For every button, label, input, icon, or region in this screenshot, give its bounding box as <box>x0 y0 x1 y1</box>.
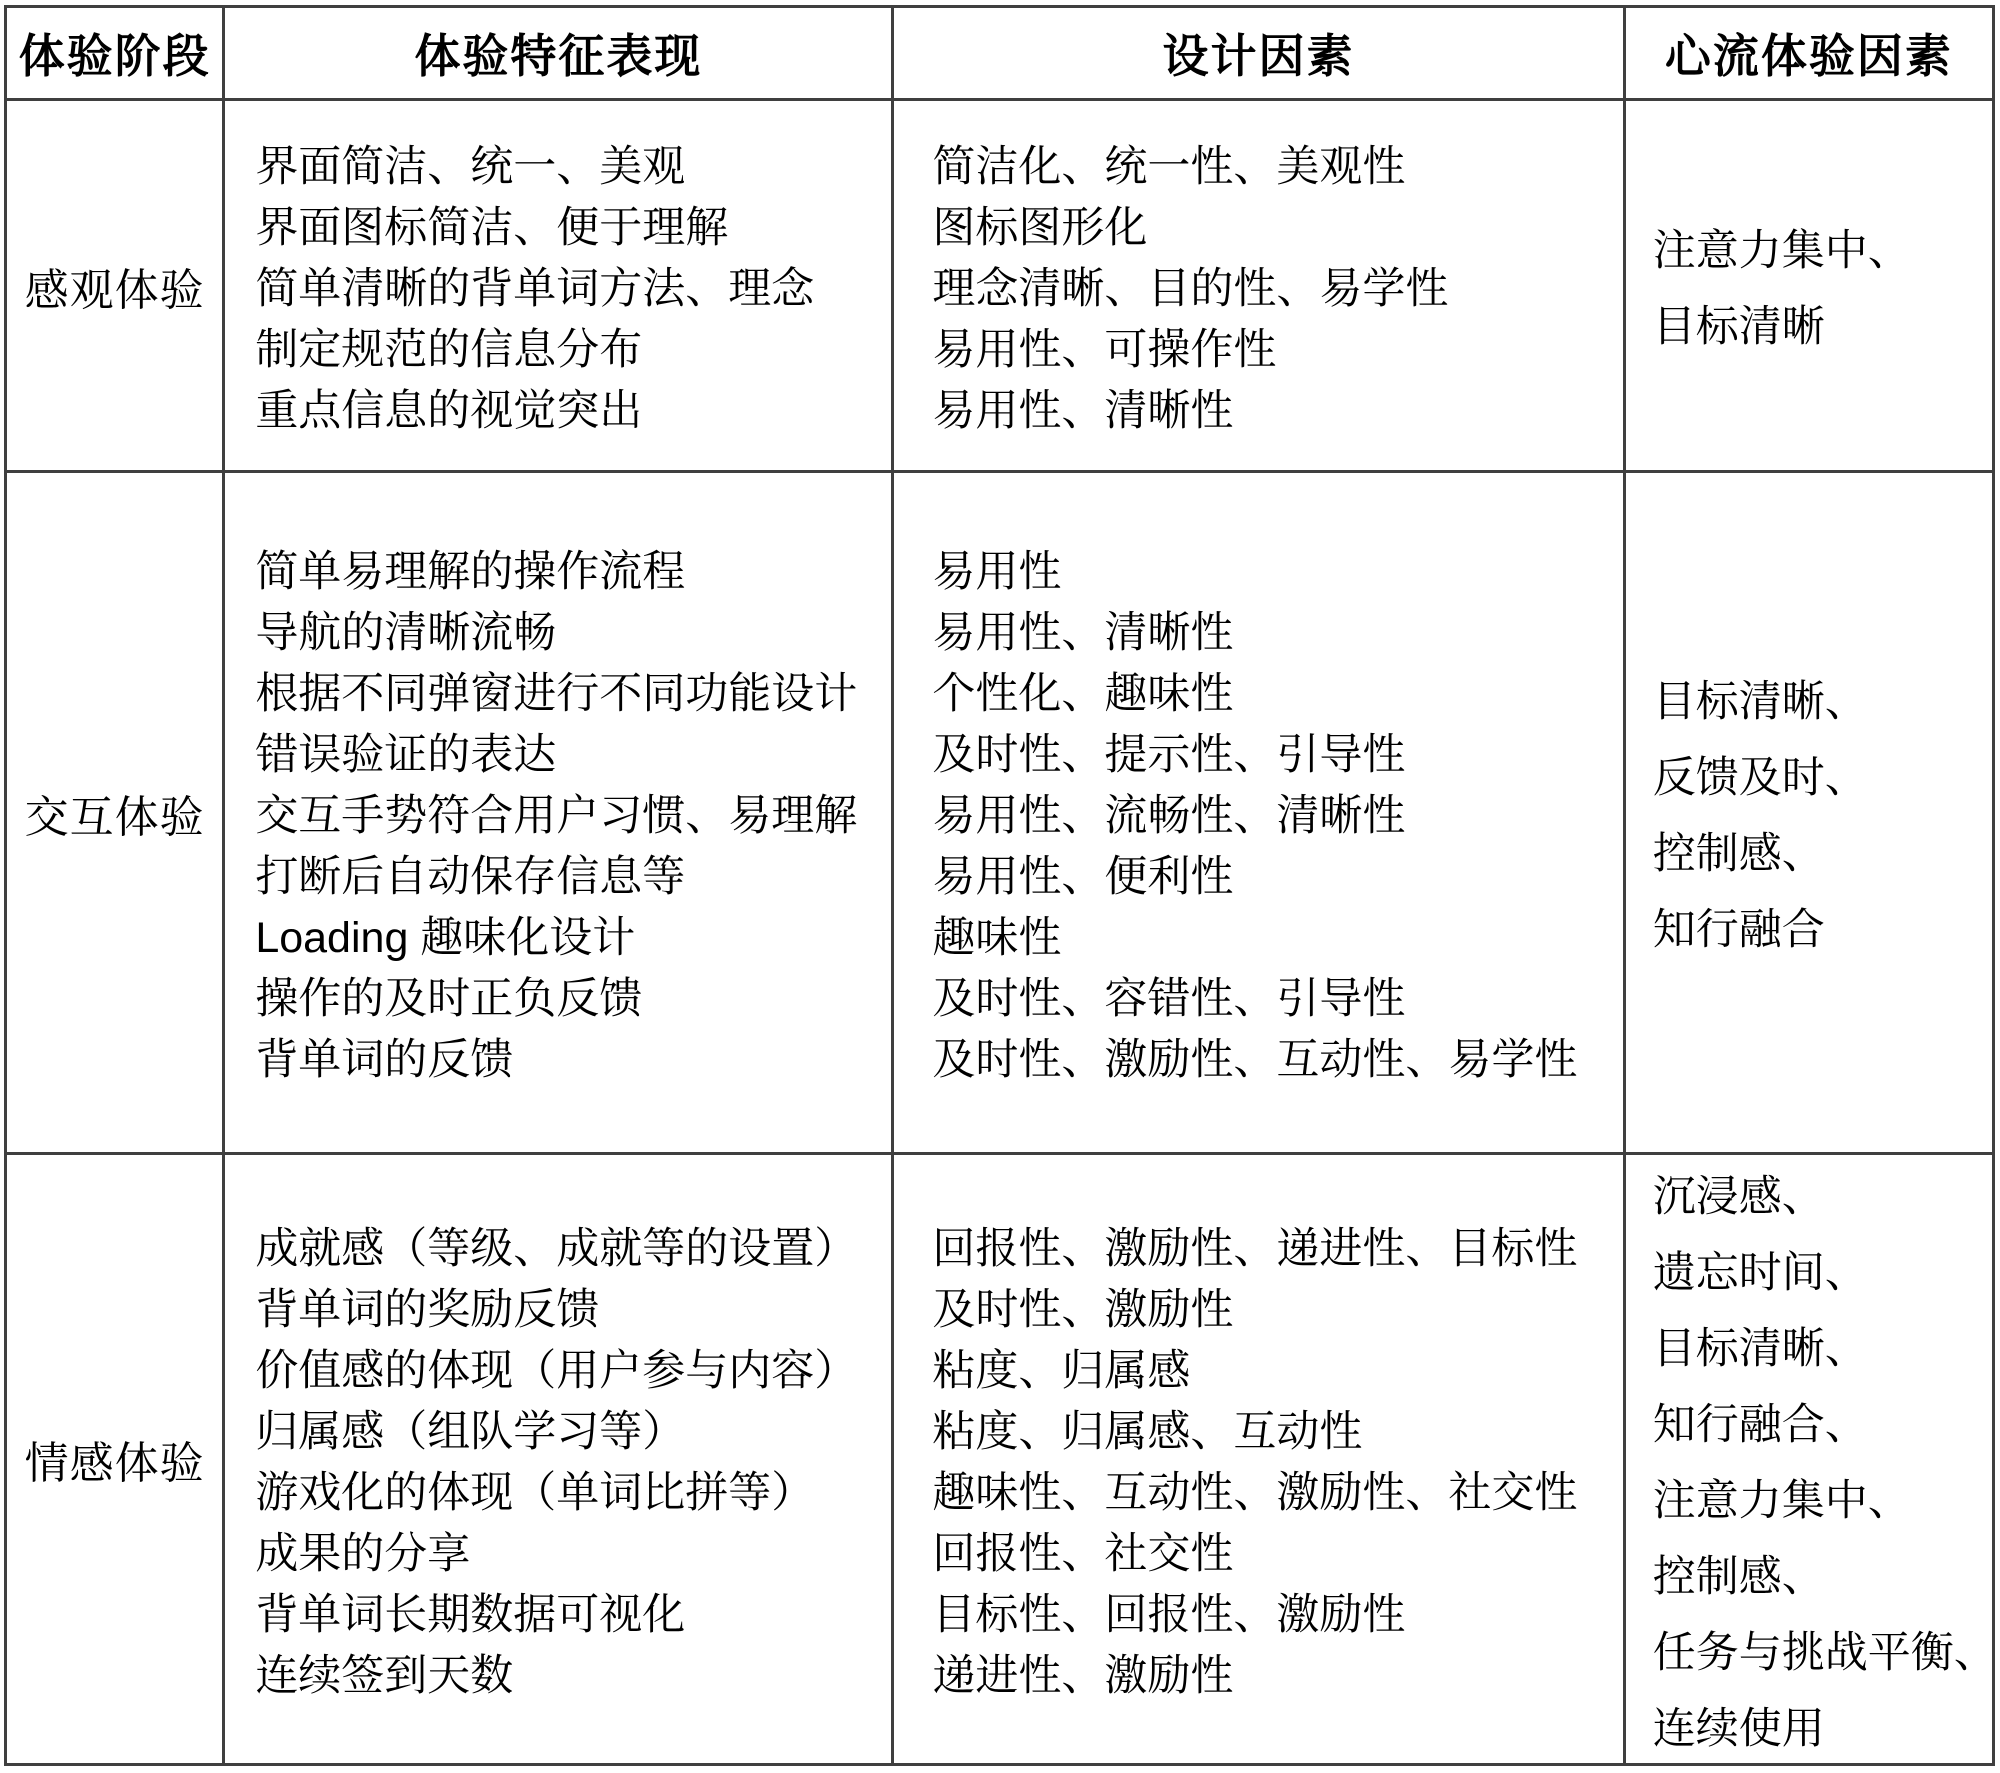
feature-line: 简单清晰的背单词方法、理念 <box>255 255 891 316</box>
flow-factor-line: 沉浸感、 <box>1653 1155 1992 1231</box>
design-factor-line: 易用性、便利性 <box>932 843 1622 904</box>
table-row: 交互体验简单易理解的操作流程导航的清晰流畅根据不同弹窗进行不同功能设计错误验证的… <box>6 472 1994 1154</box>
experience-table: 体验阶段 体验特征表现 设计因素 心流体验因素 感观体验界面简洁、统一、美观界面… <box>4 5 1995 1766</box>
flow-cell: 沉浸感、遗忘时间、目标清晰、知行融合、注意力集中、控制感、任务与挑战平衡、连续使… <box>1624 1154 1993 1765</box>
feature-line: 重点信息的视觉突出 <box>255 377 891 438</box>
design-cell: 回报性、激励性、递进性、目标性及时性、激励性粘度、归属感粘度、归属感、互动性趣味… <box>893 1154 1624 1765</box>
design-factor-line: 简洁化、统一性、美观性 <box>932 133 1622 194</box>
feature-line: 错误验证的表达 <box>255 721 891 782</box>
feature-line: 成就感（等级、成就等的设置） <box>255 1215 891 1276</box>
flow-factor-line: 注意力集中、 <box>1653 1459 1992 1535</box>
feature-line: 操作的及时正负反馈 <box>255 965 891 1026</box>
feature-line: 价值感的体现（用户参与内容） <box>255 1337 891 1398</box>
design-factor-line: 及时性、提示性、引导性 <box>932 721 1622 782</box>
feature-line: 连续签到天数 <box>255 1642 891 1703</box>
design-factor-line: 趣味性、互动性、激励性、社交性 <box>932 1459 1622 1520</box>
table-body: 感观体验界面简洁、统一、美观界面图标简洁、便于理解简单清晰的背单词方法、理念制定… <box>6 100 1994 1765</box>
cell-lines: 沉浸感、遗忘时间、目标清晰、知行融合、注意力集中、控制感、任务与挑战平衡、连续使… <box>1626 1155 1992 1763</box>
flow-factor-line: 目标清晰 <box>1653 286 1992 362</box>
design-factor-line: 易用性 <box>932 538 1622 599</box>
feature-line: 归属感（组队学习等） <box>255 1398 891 1459</box>
feature-line: 界面图标简洁、便于理解 <box>255 194 891 255</box>
design-factor-line: 回报性、社交性 <box>932 1520 1622 1581</box>
feature-line: 游戏化的体现（单词比拼等） <box>255 1459 891 1520</box>
feature-line: 简单易理解的操作流程 <box>255 538 891 599</box>
header-design-factors: 设计因素 <box>893 7 1624 100</box>
features-cell: 成就感（等级、成就等的设置）背单词的奖励反馈价值感的体现（用户参与内容）归属感（… <box>224 1154 893 1765</box>
cell-lines: 成就感（等级、成就等的设置）背单词的奖励反馈价值感的体现（用户参与内容）归属感（… <box>225 1215 891 1703</box>
stage-cell: 感观体验 <box>6 100 224 472</box>
design-factor-line: 易用性、清晰性 <box>932 377 1622 438</box>
design-factor-line: 个性化、趣味性 <box>932 660 1622 721</box>
flow-factor-line: 连续使用 <box>1653 1687 1992 1763</box>
feature-line: 打断后自动保存信息等 <box>255 843 891 904</box>
design-factor-line: 及时性、激励性、互动性、易学性 <box>932 1026 1622 1087</box>
header-row: 体验阶段 体验特征表现 设计因素 心流体验因素 <box>6 7 1994 100</box>
feature-line: Loading 趣味化设计 <box>255 904 891 965</box>
feature-line: 背单词长期数据可视化 <box>255 1581 891 1642</box>
flow-factor-line: 知行融合 <box>1653 889 1992 965</box>
header-flow-factors: 心流体验因素 <box>1624 7 1993 100</box>
cell-lines: 简单易理解的操作流程导航的清晰流畅根据不同弹窗进行不同功能设计错误验证的表达交互… <box>225 538 891 1087</box>
flow-factor-line: 控制感、 <box>1653 813 1992 889</box>
design-cell: 易用性易用性、清晰性个性化、趣味性及时性、提示性、引导性易用性、流畅性、清晰性易… <box>893 472 1624 1154</box>
cell-lines: 易用性易用性、清晰性个性化、趣味性及时性、提示性、引导性易用性、流畅性、清晰性易… <box>894 538 1622 1087</box>
design-factor-line: 图标图形化 <box>932 194 1622 255</box>
cell-lines: 回报性、激励性、递进性、目标性及时性、激励性粘度、归属感粘度、归属感、互动性趣味… <box>894 1215 1622 1703</box>
design-cell: 简洁化、统一性、美观性图标图形化理念清晰、目的性、易学性易用性、可操作性易用性、… <box>893 100 1624 472</box>
flow-factor-line: 注意力集中、 <box>1653 210 1992 286</box>
design-factor-line: 粘度、归属感 <box>932 1337 1622 1398</box>
design-factor-line: 趣味性 <box>932 904 1622 965</box>
feature-line: 导航的清晰流畅 <box>255 599 891 660</box>
feature-line: 制定规范的信息分布 <box>255 316 891 377</box>
header-stage: 体验阶段 <box>6 7 224 100</box>
design-factor-line: 回报性、激励性、递进性、目标性 <box>932 1215 1622 1276</box>
flow-cell: 目标清晰、反馈及时、控制感、知行融合 <box>1624 472 1993 1154</box>
flow-factor-line: 目标清晰、 <box>1653 1307 1992 1383</box>
flow-factor-line: 遗忘时间、 <box>1653 1231 1992 1307</box>
flow-factor-line: 知行融合、 <box>1653 1383 1992 1459</box>
design-factor-line: 理念清晰、目的性、易学性 <box>932 255 1622 316</box>
flow-factor-line: 控制感、 <box>1653 1535 1992 1611</box>
stage-cell: 情感体验 <box>6 1154 224 1765</box>
cell-lines: 界面简洁、统一、美观界面图标简洁、便于理解简单清晰的背单词方法、理念制定规范的信… <box>225 133 891 438</box>
feature-line: 界面简洁、统一、美观 <box>255 133 891 194</box>
feature-line: 交互手势符合用户习惯、易理解 <box>255 782 891 843</box>
header-features: 体验特征表现 <box>224 7 893 100</box>
feature-line: 背单词的反馈 <box>255 1026 891 1087</box>
flow-cell: 注意力集中、目标清晰 <box>1624 100 1993 472</box>
features-cell: 界面简洁、统一、美观界面图标简洁、便于理解简单清晰的背单词方法、理念制定规范的信… <box>224 100 893 472</box>
table-row: 情感体验成就感（等级、成就等的设置）背单词的奖励反馈价值感的体现（用户参与内容）… <box>6 1154 1994 1765</box>
design-factor-line: 递进性、激励性 <box>932 1642 1622 1703</box>
flow-factor-line: 目标清晰、 <box>1653 661 1992 737</box>
flow-factor-line: 任务与挑战平衡、 <box>1653 1611 1992 1687</box>
stage-cell: 交互体验 <box>6 472 224 1154</box>
design-factor-line: 易用性、清晰性 <box>932 599 1622 660</box>
cell-lines: 简洁化、统一性、美观性图标图形化理念清晰、目的性、易学性易用性、可操作性易用性、… <box>894 133 1622 438</box>
cell-lines: 目标清晰、反馈及时、控制感、知行融合 <box>1626 661 1992 965</box>
cell-lines: 注意力集中、目标清晰 <box>1626 210 1992 362</box>
design-factor-line: 及时性、容错性、引导性 <box>932 965 1622 1026</box>
table-row: 感观体验界面简洁、统一、美观界面图标简洁、便于理解简单清晰的背单词方法、理念制定… <box>6 100 1994 472</box>
design-factor-line: 易用性、流畅性、清晰性 <box>932 782 1622 843</box>
feature-line: 成果的分享 <box>255 1520 891 1581</box>
feature-line: 背单词的奖励反馈 <box>255 1276 891 1337</box>
table-header: 体验阶段 体验特征表现 设计因素 心流体验因素 <box>6 7 1994 100</box>
design-factor-line: 及时性、激励性 <box>932 1276 1622 1337</box>
design-factor-line: 目标性、回报性、激励性 <box>932 1581 1622 1642</box>
page: 体验阶段 体验特征表现 设计因素 心流体验因素 感观体验界面简洁、统一、美观界面… <box>0 0 2000 1773</box>
design-factor-line: 易用性、可操作性 <box>932 316 1622 377</box>
design-factor-line: 粘度、归属感、互动性 <box>932 1398 1622 1459</box>
flow-factor-line: 反馈及时、 <box>1653 737 1992 813</box>
feature-line: 根据不同弹窗进行不同功能设计 <box>255 660 891 721</box>
features-cell: 简单易理解的操作流程导航的清晰流畅根据不同弹窗进行不同功能设计错误验证的表达交互… <box>224 472 893 1154</box>
